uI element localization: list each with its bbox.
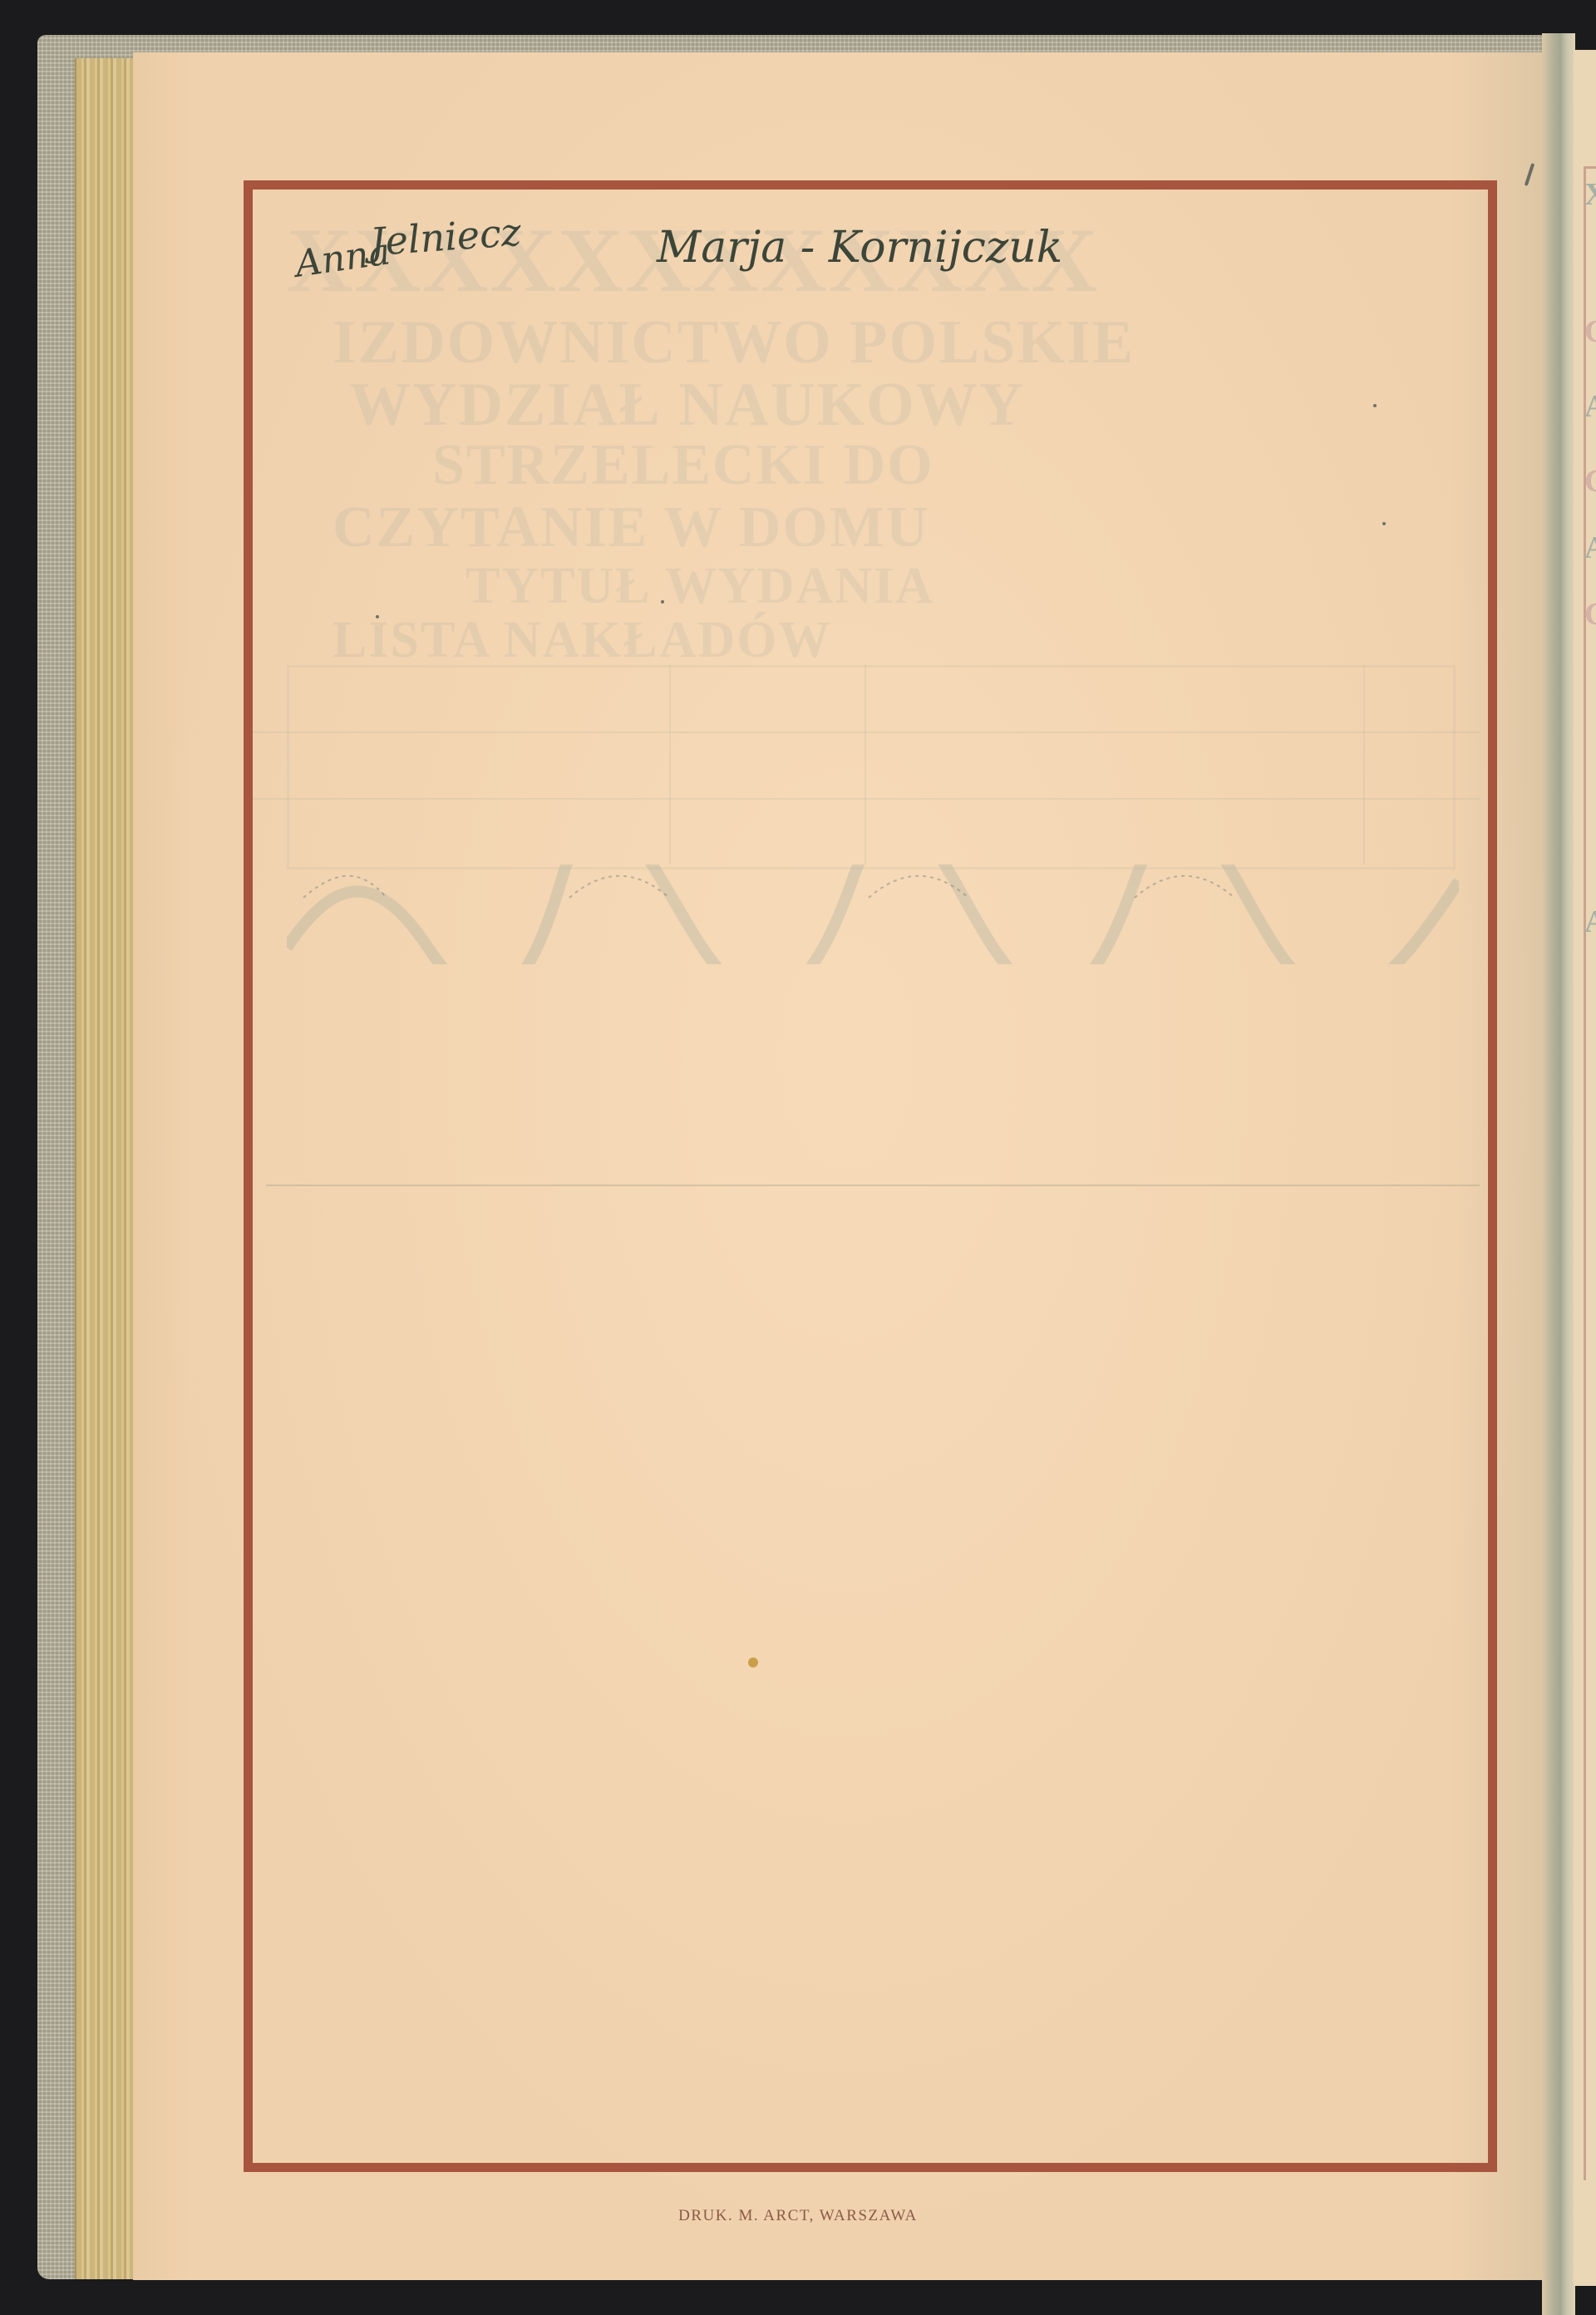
- page-border-frame: [244, 180, 1497, 2172]
- paper-speck: [376, 615, 379, 618]
- adjacent-page-glyph: C: [1584, 465, 1596, 497]
- adjacent-page-glyph: A: [1584, 391, 1596, 422]
- printer-imprint: DRUK. M. ARCT, WARSZAWA: [0, 2207, 1596, 2225]
- adjacent-page-glyph: C: [1584, 316, 1596, 347]
- page-edges-stack: [75, 58, 139, 2279]
- paper-stain: [748, 1657, 758, 1667]
- handwritten-signature-second: Marja - Kornijczuk: [657, 223, 1062, 273]
- adjacent-page-glyph: C: [1584, 598, 1596, 630]
- paper-speck: [661, 600, 664, 603]
- paper-speck: [1373, 404, 1377, 407]
- paper-speck: [1382, 522, 1386, 525]
- book-gutter: [1542, 33, 1575, 2315]
- adjacent-page-glyph: A: [1584, 532, 1596, 564]
- adjacent-page-glyph: A: [1584, 906, 1596, 938]
- adjacent-page-glyph: X: [1584, 179, 1596, 210]
